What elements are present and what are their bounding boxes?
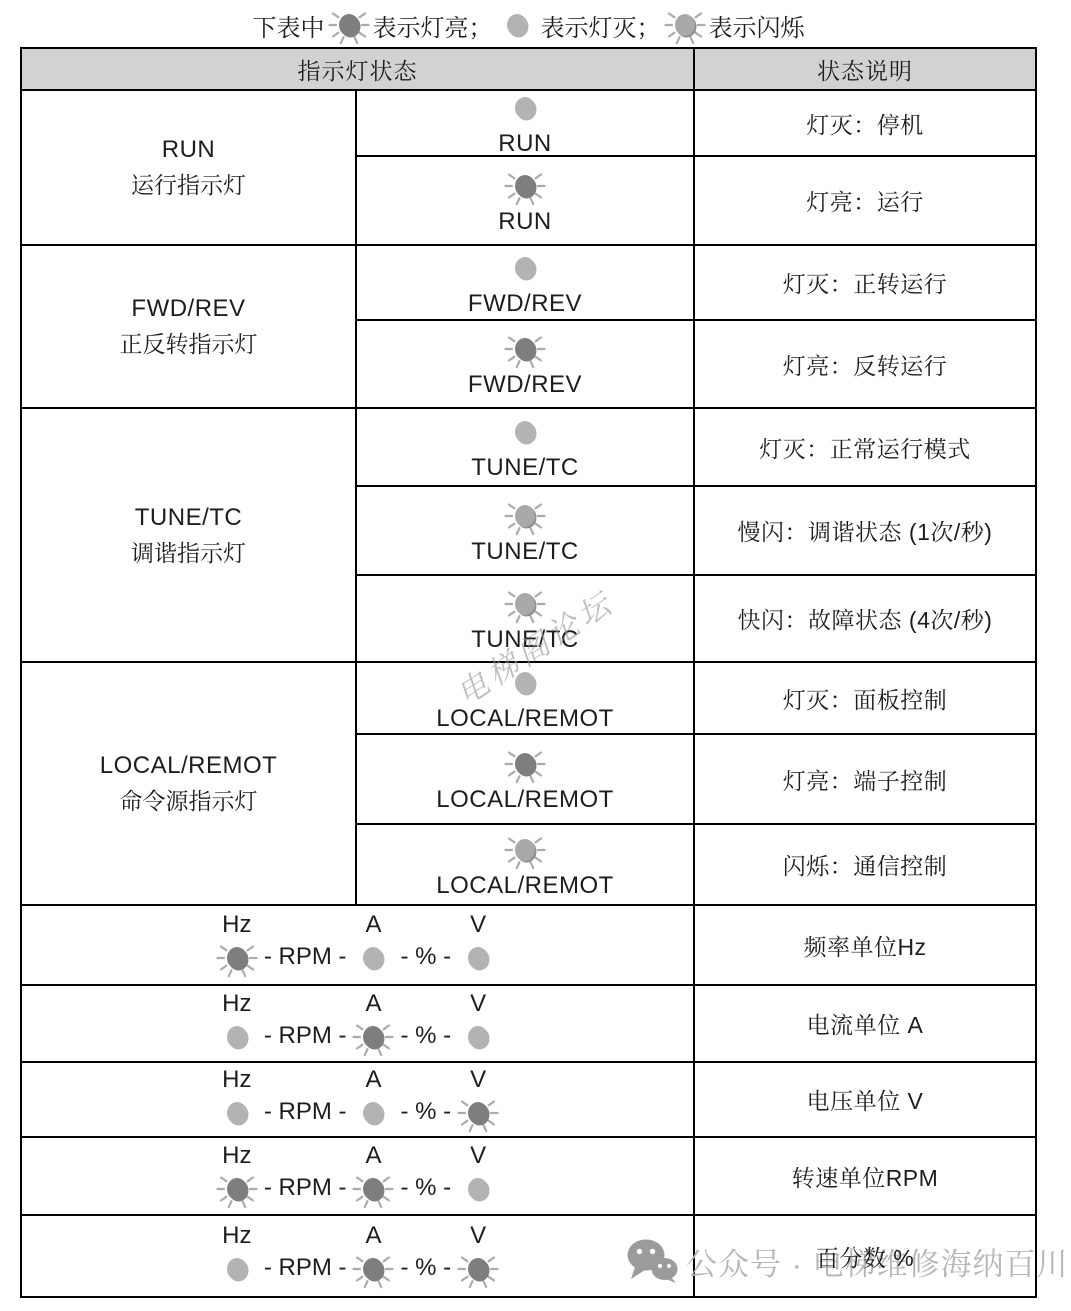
led-label: FWD/REV	[468, 290, 582, 318]
led-label: LOCAL/REMOT	[436, 872, 614, 900]
led-blink-icon	[662, 5, 708, 45]
group-name-local: LOCAL/REMOT 命令源指示灯	[22, 663, 357, 906]
group-subtitle: 调谐指示灯	[131, 536, 246, 571]
indicator-table: 指示灯状态 状态说明 RUN 运行指示灯 RUN 灯灭：停机 RUN 灯亮：运行…	[20, 47, 1037, 1298]
group-title: FWD/REV	[131, 291, 245, 327]
tune-fastblink-led-icon	[502, 584, 548, 624]
unit-strip: Hz - RPM - A - % - V	[214, 991, 501, 1057]
v-label: V	[470, 991, 486, 1017]
status-desc-cell: 灯灭：正常运行模式	[695, 409, 1035, 487]
unit-cell-percent: Hz - RPM - A - % - V	[22, 1216, 695, 1296]
led-label: RUN	[498, 208, 552, 236]
separator-rpm: - RPM -	[264, 1176, 347, 1209]
hz-label: Hz	[222, 991, 251, 1017]
v-led-icon	[455, 1017, 501, 1057]
group-subtitle: 运行指示灯	[131, 168, 246, 203]
separator-percent: - % -	[400, 1256, 451, 1289]
status-desc-cell: 慢闪：调谐状态 (1次/秒)	[695, 487, 1035, 576]
group-title: TUNE/TC	[135, 500, 243, 536]
v-led-icon	[455, 1249, 501, 1289]
hz-led-icon	[214, 1169, 260, 1209]
local-blink-led-icon	[502, 830, 548, 870]
hz-led-icon	[214, 938, 260, 978]
fwd-on-led-icon	[502, 329, 548, 369]
v-led-icon	[455, 1093, 501, 1133]
header-indicator-state: 指示灯状态	[22, 49, 695, 91]
status-desc-cell: 转速单位RPM	[695, 1138, 1035, 1216]
unit-strip: Hz - RPM - A - % - V	[214, 1143, 501, 1209]
unit-cell-v: Hz - RPM - A - % - V	[22, 1063, 695, 1138]
led-cell-fwd-off: FWD/REV	[357, 246, 695, 321]
separator-rpm: - RPM -	[264, 1024, 347, 1057]
unit-strip: Hz - RPM - A - % - V	[214, 912, 501, 978]
hz-label: Hz	[222, 1143, 251, 1169]
fwd-off-led-icon	[502, 248, 548, 288]
separator-rpm: - RPM -	[264, 1256, 347, 1289]
led-cell-run-on: RUN	[357, 157, 695, 246]
led-cell-local-off: LOCAL/REMOT	[357, 663, 695, 735]
group-title: RUN	[162, 132, 216, 168]
status-desc-cell: 闪烁：通信控制	[695, 825, 1035, 906]
header-status-desc: 状态说明	[695, 49, 1035, 91]
separator-rpm: - RPM -	[264, 1100, 347, 1133]
status-desc-cell: 电流单位 A	[695, 986, 1035, 1063]
status-desc-cell: 灯灭：面板控制	[695, 663, 1035, 735]
a-label: A	[365, 991, 381, 1017]
legend-prefix: 下表中	[253, 8, 325, 43]
led-cell-run-off: RUN	[357, 91, 695, 157]
hz-label: Hz	[222, 912, 251, 938]
local-on-led-icon	[502, 744, 548, 784]
a-led-icon	[350, 1249, 396, 1289]
led-label: LOCAL/REMOT	[436, 705, 614, 733]
group-name-tune: TUNE/TC 调谐指示灯	[22, 409, 357, 663]
v-led-icon	[455, 938, 501, 978]
manual-page: { "legend": { "prefix": "下表中", "items": …	[0, 0, 1071, 1311]
a-label: A	[365, 912, 381, 938]
hz-label: Hz	[222, 1223, 251, 1249]
unit-strip: Hz - RPM - A - % - V	[214, 1067, 501, 1133]
legend-blink-label: 表示闪烁	[709, 8, 805, 43]
status-desc-cell: 灯亮：端子控制	[695, 735, 1035, 825]
group-name-fwdrev: FWD/REV 正反转指示灯	[22, 246, 357, 409]
led-cell-local-blink: LOCAL/REMOT	[357, 825, 695, 906]
led-off-icon	[494, 5, 540, 45]
hz-label: Hz	[222, 1067, 251, 1093]
legend-off-label: 表示灯灭；	[541, 8, 661, 43]
hz-led-icon	[214, 1017, 260, 1057]
led-label: FWD/REV	[468, 371, 582, 399]
group-name-run: RUN 运行指示灯	[22, 91, 357, 246]
status-desc-cell: 灯灭：正转运行	[695, 246, 1035, 321]
hz-led-icon	[214, 1249, 260, 1289]
separator-percent: - % -	[400, 945, 451, 978]
separator-percent: - % -	[400, 1100, 451, 1133]
group-subtitle: 命令源指示灯	[120, 784, 258, 819]
led-cell-tune-off: TUNE/TC	[357, 409, 695, 487]
led-cell-tune-slow: TUNE/TC	[357, 487, 695, 576]
separator-percent: - % -	[400, 1024, 451, 1057]
unit-cell-hz: Hz - RPM - A - % - V	[22, 906, 695, 986]
led-label: RUN	[498, 130, 552, 158]
v-led-icon	[455, 1169, 501, 1209]
group-title: LOCAL/REMOT	[100, 748, 278, 784]
a-led-icon	[350, 1093, 396, 1133]
local-off-led-icon	[502, 663, 548, 703]
status-desc-cell: 电压单位 V	[695, 1063, 1035, 1138]
led-cell-fwd-on: FWD/REV	[357, 321, 695, 409]
status-desc-cell: 灯亮：运行	[695, 157, 1035, 246]
tune-off-led-icon	[502, 412, 548, 452]
separator-rpm: - RPM -	[264, 945, 347, 978]
group-subtitle: 正反转指示灯	[120, 327, 258, 362]
unit-cell-rpm: Hz - RPM - A - % - V	[22, 1138, 695, 1216]
led-cell-local-on: LOCAL/REMOT	[357, 735, 695, 825]
v-label: V	[470, 1143, 486, 1169]
led-label: LOCAL/REMOT	[436, 786, 614, 814]
led-label: TUNE/TC	[471, 626, 579, 654]
led-label: TUNE/TC	[471, 454, 579, 482]
led-label: TUNE/TC	[471, 538, 579, 566]
a-label: A	[365, 1223, 381, 1249]
status-desc-cell: 灯灭：停机	[695, 91, 1035, 157]
run-on-led-icon	[502, 166, 548, 206]
unit-strip: Hz - RPM - A - % - V	[214, 1223, 501, 1289]
run-off-led-icon	[502, 88, 548, 128]
a-label: A	[365, 1143, 381, 1169]
v-label: V	[470, 1067, 486, 1093]
legend-on-label: 表示灯亮；	[373, 8, 493, 43]
unit-cell-a: Hz - RPM - A - % - V	[22, 986, 695, 1063]
status-desc-cell: 百分数 %	[695, 1216, 1035, 1296]
legend-line: 下表中 表示灯亮； 表示灯灭； 表示闪烁	[20, 4, 1037, 46]
a-label: A	[365, 1067, 381, 1093]
v-label: V	[470, 1223, 486, 1249]
status-desc-cell: 快闪：故障状态 (4次/秒)	[695, 576, 1035, 663]
tune-slowblink-led-icon	[502, 496, 548, 536]
status-desc-cell: 灯亮：反转运行	[695, 321, 1035, 409]
a-led-icon	[350, 1169, 396, 1209]
v-label: V	[470, 912, 486, 938]
status-desc-cell: 频率单位Hz	[695, 906, 1035, 986]
led-cell-tune-fast: TUNE/TC	[357, 576, 695, 663]
hz-led-icon	[214, 1093, 260, 1133]
a-led-icon	[350, 1017, 396, 1057]
a-led-icon	[350, 938, 396, 978]
separator-percent: - % -	[400, 1176, 451, 1209]
led-on-icon	[326, 5, 372, 45]
